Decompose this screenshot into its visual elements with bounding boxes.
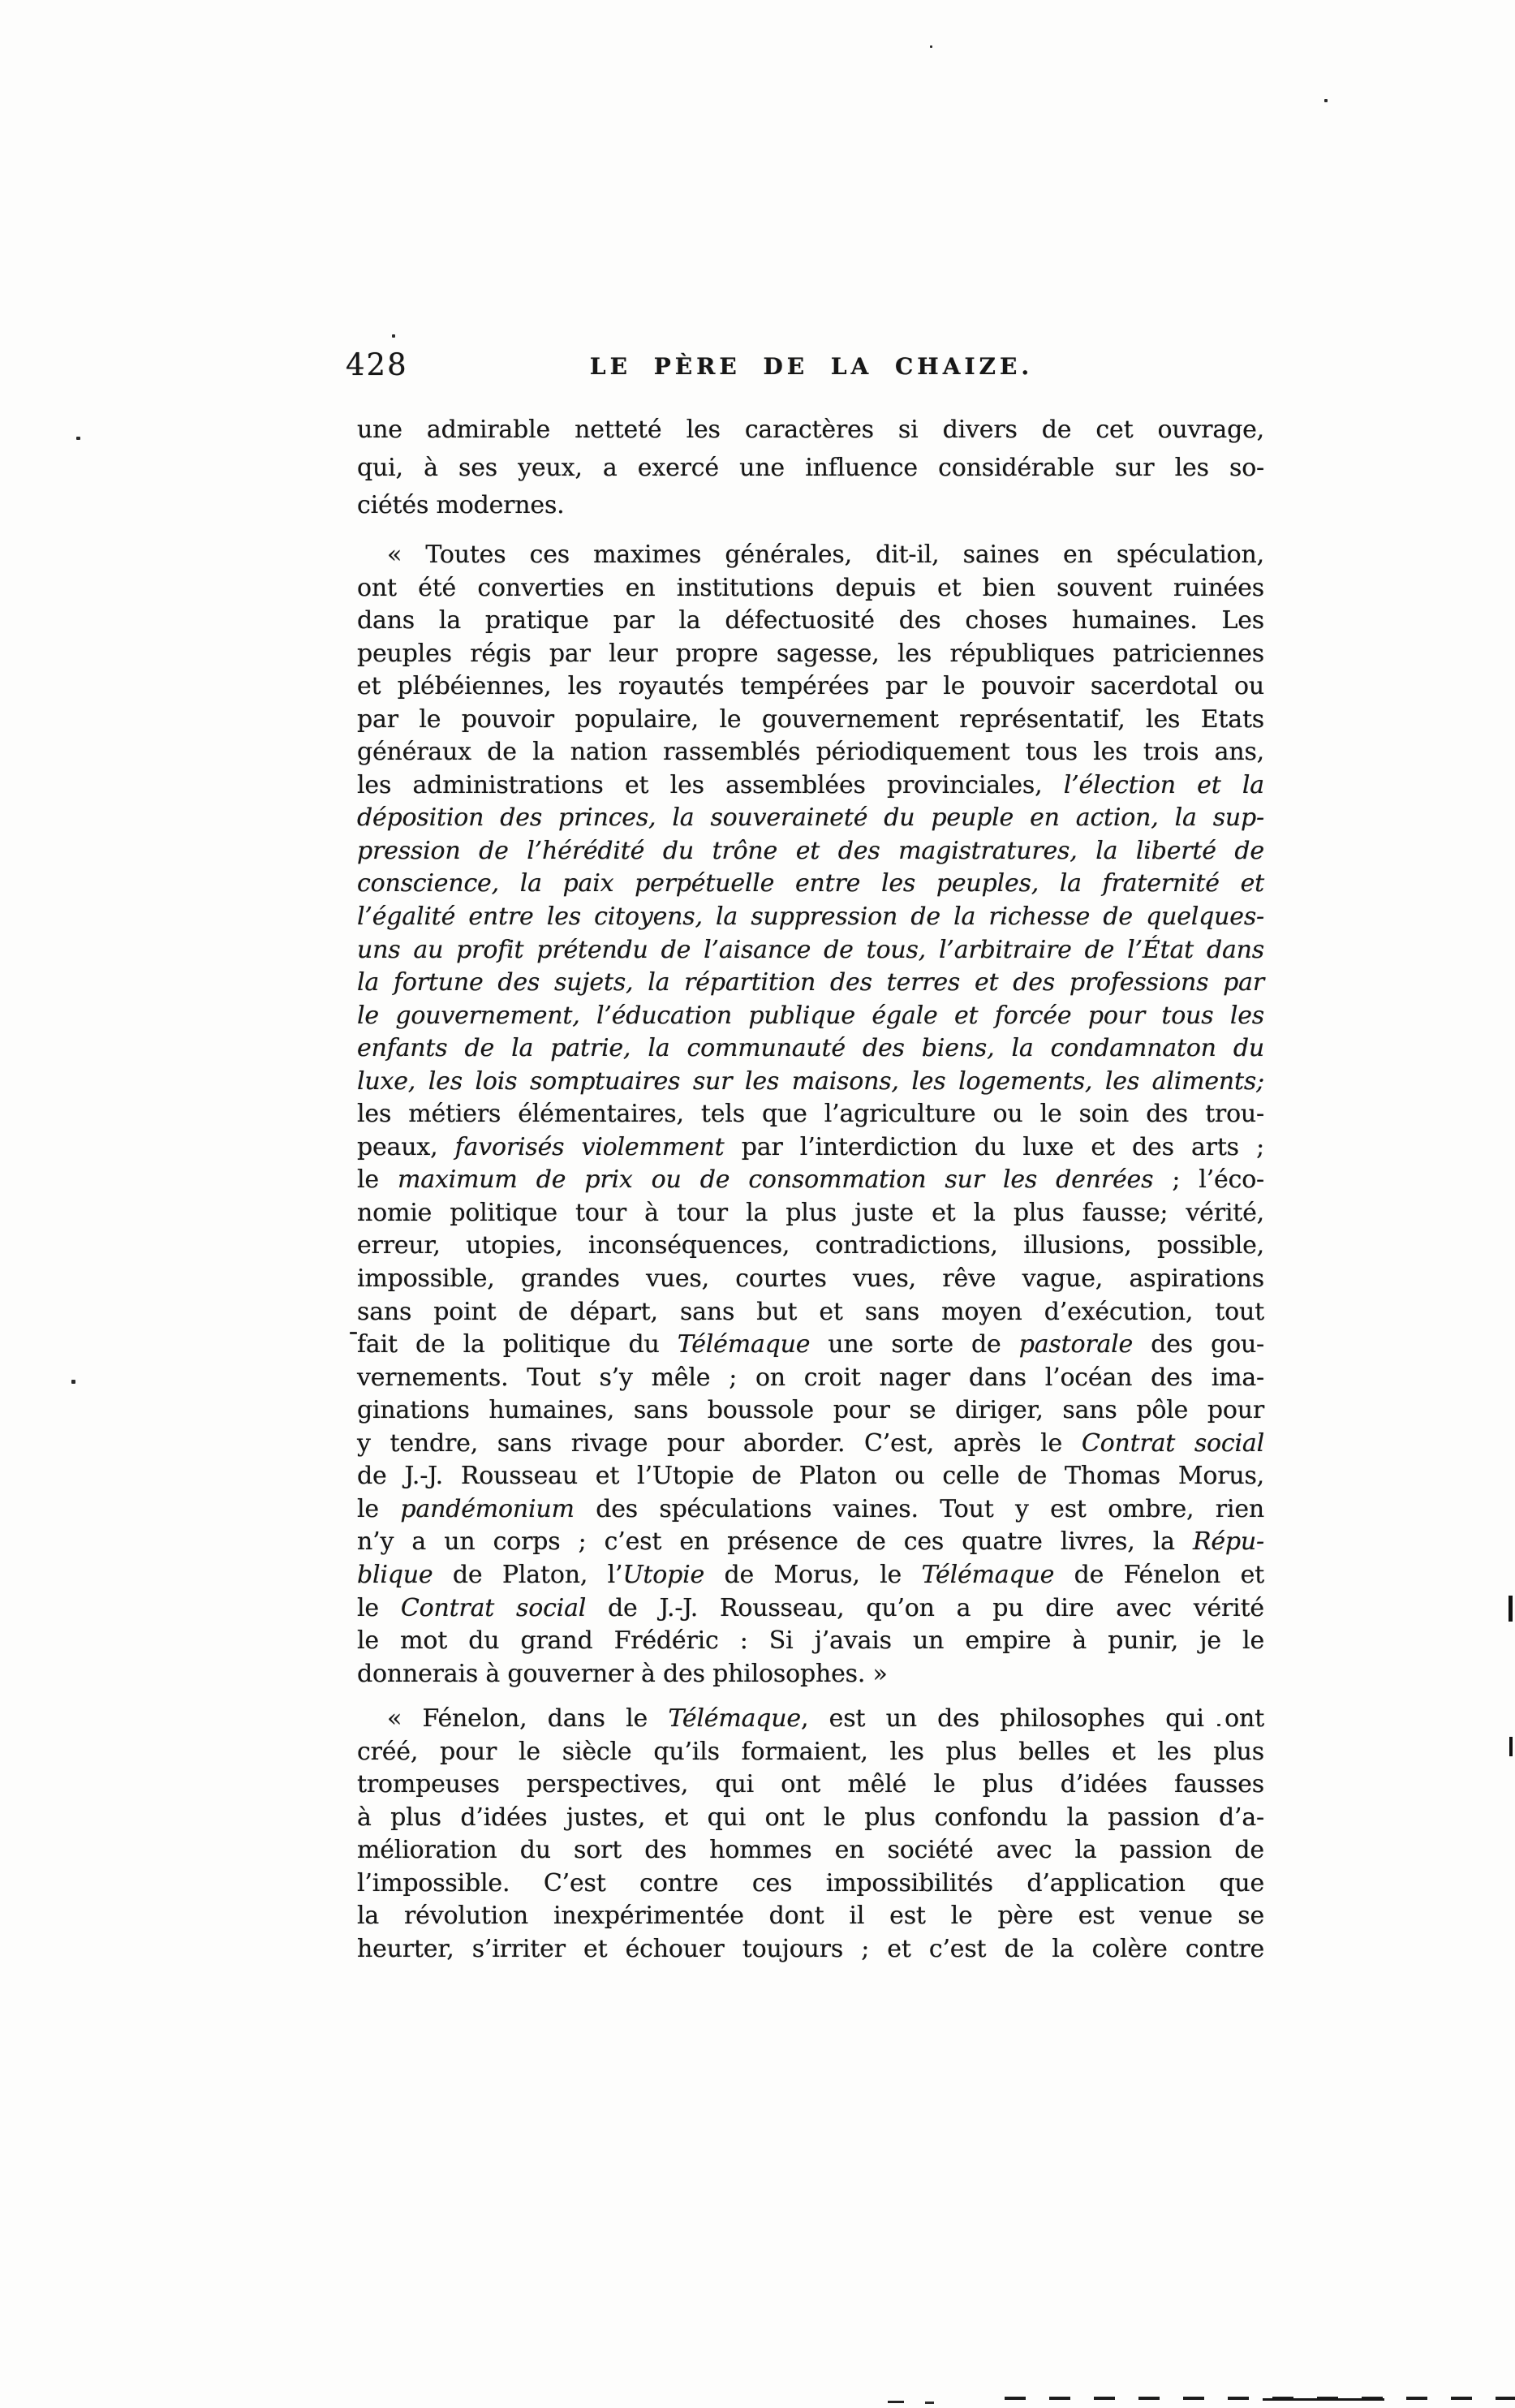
text-line: enfants de la patrie, la communauté des … (357, 1034, 1264, 1067)
text-line: généraux de la nation rassemblés périodi… (357, 738, 1264, 771)
text-line: par le pouvoir populaire, le gouvernemen… (357, 705, 1264, 739)
text-line: mélioration du sort des hommes en sociét… (357, 1836, 1264, 1869)
text-line: les administrations et les assemblées pr… (357, 771, 1264, 804)
text-line: uns au profit prétendu de l’aisance de t… (357, 936, 1264, 969)
text-line: l’égalité entre les citoyens, la suppres… (357, 902, 1264, 936)
text-line: impossible, grandes vues, courtes vues, … (357, 1264, 1264, 1298)
scan-bottom-dash (888, 2401, 904, 2403)
text-line: vernements. Tout s’y mêle ; on croit nag… (357, 1363, 1264, 1397)
text-line: à plus d’idées justes, et qui ont le plu… (357, 1803, 1264, 1837)
text-line: ont été converties en institutions depui… (357, 574, 1264, 607)
text-line: les métiers élémentaires, tels que l’agr… (357, 1100, 1264, 1133)
text-line: heurter, s’irriter et échouer toujours ;… (357, 1935, 1264, 1968)
scan-speck (1324, 99, 1328, 102)
text-line: l’impossible. C’est contre ces impossibi… (357, 1869, 1264, 1902)
text-line: le pandémonium des spéculations vaines. … (357, 1495, 1264, 1528)
paragraph-2: « Toutes ces maximes générales, dit-il, … (357, 541, 1264, 1692)
text-line: peaux, favorisés violemment par l’interd… (357, 1133, 1264, 1166)
page-text: une admirable netteté les caractères si … (357, 0, 1264, 2408)
text-line: pression de l’hérédité du trône et des m… (357, 837, 1264, 870)
text-line: le maximum de prix ou de consommation su… (357, 1165, 1264, 1199)
text-line: ginations humaines, sans boussole pour s… (357, 1396, 1264, 1429)
scan-edge-tick (1509, 1596, 1513, 1622)
scan-speck (76, 437, 80, 440)
scan-speck (71, 1380, 75, 1384)
scan-speck (350, 1332, 357, 1334)
text-line: « Fénelon, dans le Télémaque, est un des… (357, 1704, 1264, 1738)
scan-speck (392, 334, 395, 338)
text-line: sans point de départ, sans but et sans m… (357, 1298, 1264, 1331)
text-line: dans la pratique par la défectuosité des… (357, 606, 1264, 640)
text-line: le mot du grand Frédéric : Si j’avais un… (357, 1626, 1264, 1660)
text-line: le gouvernement, l’éducation publique ég… (357, 1002, 1264, 1035)
text-line: donnerais à gouverner à des philosophes.… (357, 1660, 1264, 1693)
text-line: n’y a un corps ; c’est en présence de ce… (357, 1527, 1264, 1561)
text-line: trompeuses perspectives, qui ont mêlé le… (357, 1770, 1264, 1803)
scan-edge-tick (1509, 1737, 1513, 1756)
text-line: déposition des princes, la souveraineté … (357, 803, 1264, 837)
scan-bottom-dashes (1005, 2397, 1515, 2400)
scan-speck (1217, 1724, 1220, 1726)
scan-bottom-dash (925, 2402, 934, 2404)
paragraph-1: une admirable netteté les caractères si … (357, 416, 1264, 529)
paragraph-3: « Fénelon, dans le Télémaque, est un des… (357, 1704, 1264, 1967)
scan-bottom-dash (1263, 2398, 1384, 2401)
text-line: erreur, utopies, inconséquences, contrad… (357, 1231, 1264, 1264)
scanned-book-page: 428 LE PÈRE DE LA CHAIZE. une admirable … (0, 0, 1515, 2408)
text-line: qui, à ses yeux, a exercé une influence … (357, 454, 1264, 492)
text-line: y tendre, sans rivage pour aborder. C’es… (357, 1429, 1264, 1462)
text-line: blique de Platon, l’Utopie de Morus, le … (357, 1561, 1264, 1594)
text-line: de J.-J. Rousseau et l’Utopie de Platon … (357, 1462, 1264, 1495)
text-line: la fortune des sujets, la répartition de… (357, 968, 1264, 1002)
text-line: luxe, les lois somptuaires sur les maiso… (357, 1067, 1264, 1101)
text-line: créé, pour le siècle qu’ils formaient, l… (357, 1738, 1264, 1771)
text-line: nomie politique tour à tour la plus just… (357, 1199, 1264, 1232)
text-line: « Toutes ces maximes générales, dit-il, … (357, 541, 1264, 574)
text-line: ciétés modernes. (357, 491, 1264, 529)
text-line: le Contrat social de J.-J. Rousseau, qu’… (357, 1594, 1264, 1627)
text-line: peuples régis par leur propre sagesse, l… (357, 640, 1264, 673)
text-line: et plébéiennes, les royautés tempérées p… (357, 672, 1264, 705)
text-line: fait de la politique du Télémaque une so… (357, 1330, 1264, 1363)
text-line: conscience, la paix perpétuelle entre le… (357, 869, 1264, 902)
scan-speck (930, 45, 932, 48)
text-line: une admirable netteté les caractères si … (357, 416, 1264, 454)
text-line: la révolution inexpérimentée dont il est… (357, 1902, 1264, 1935)
